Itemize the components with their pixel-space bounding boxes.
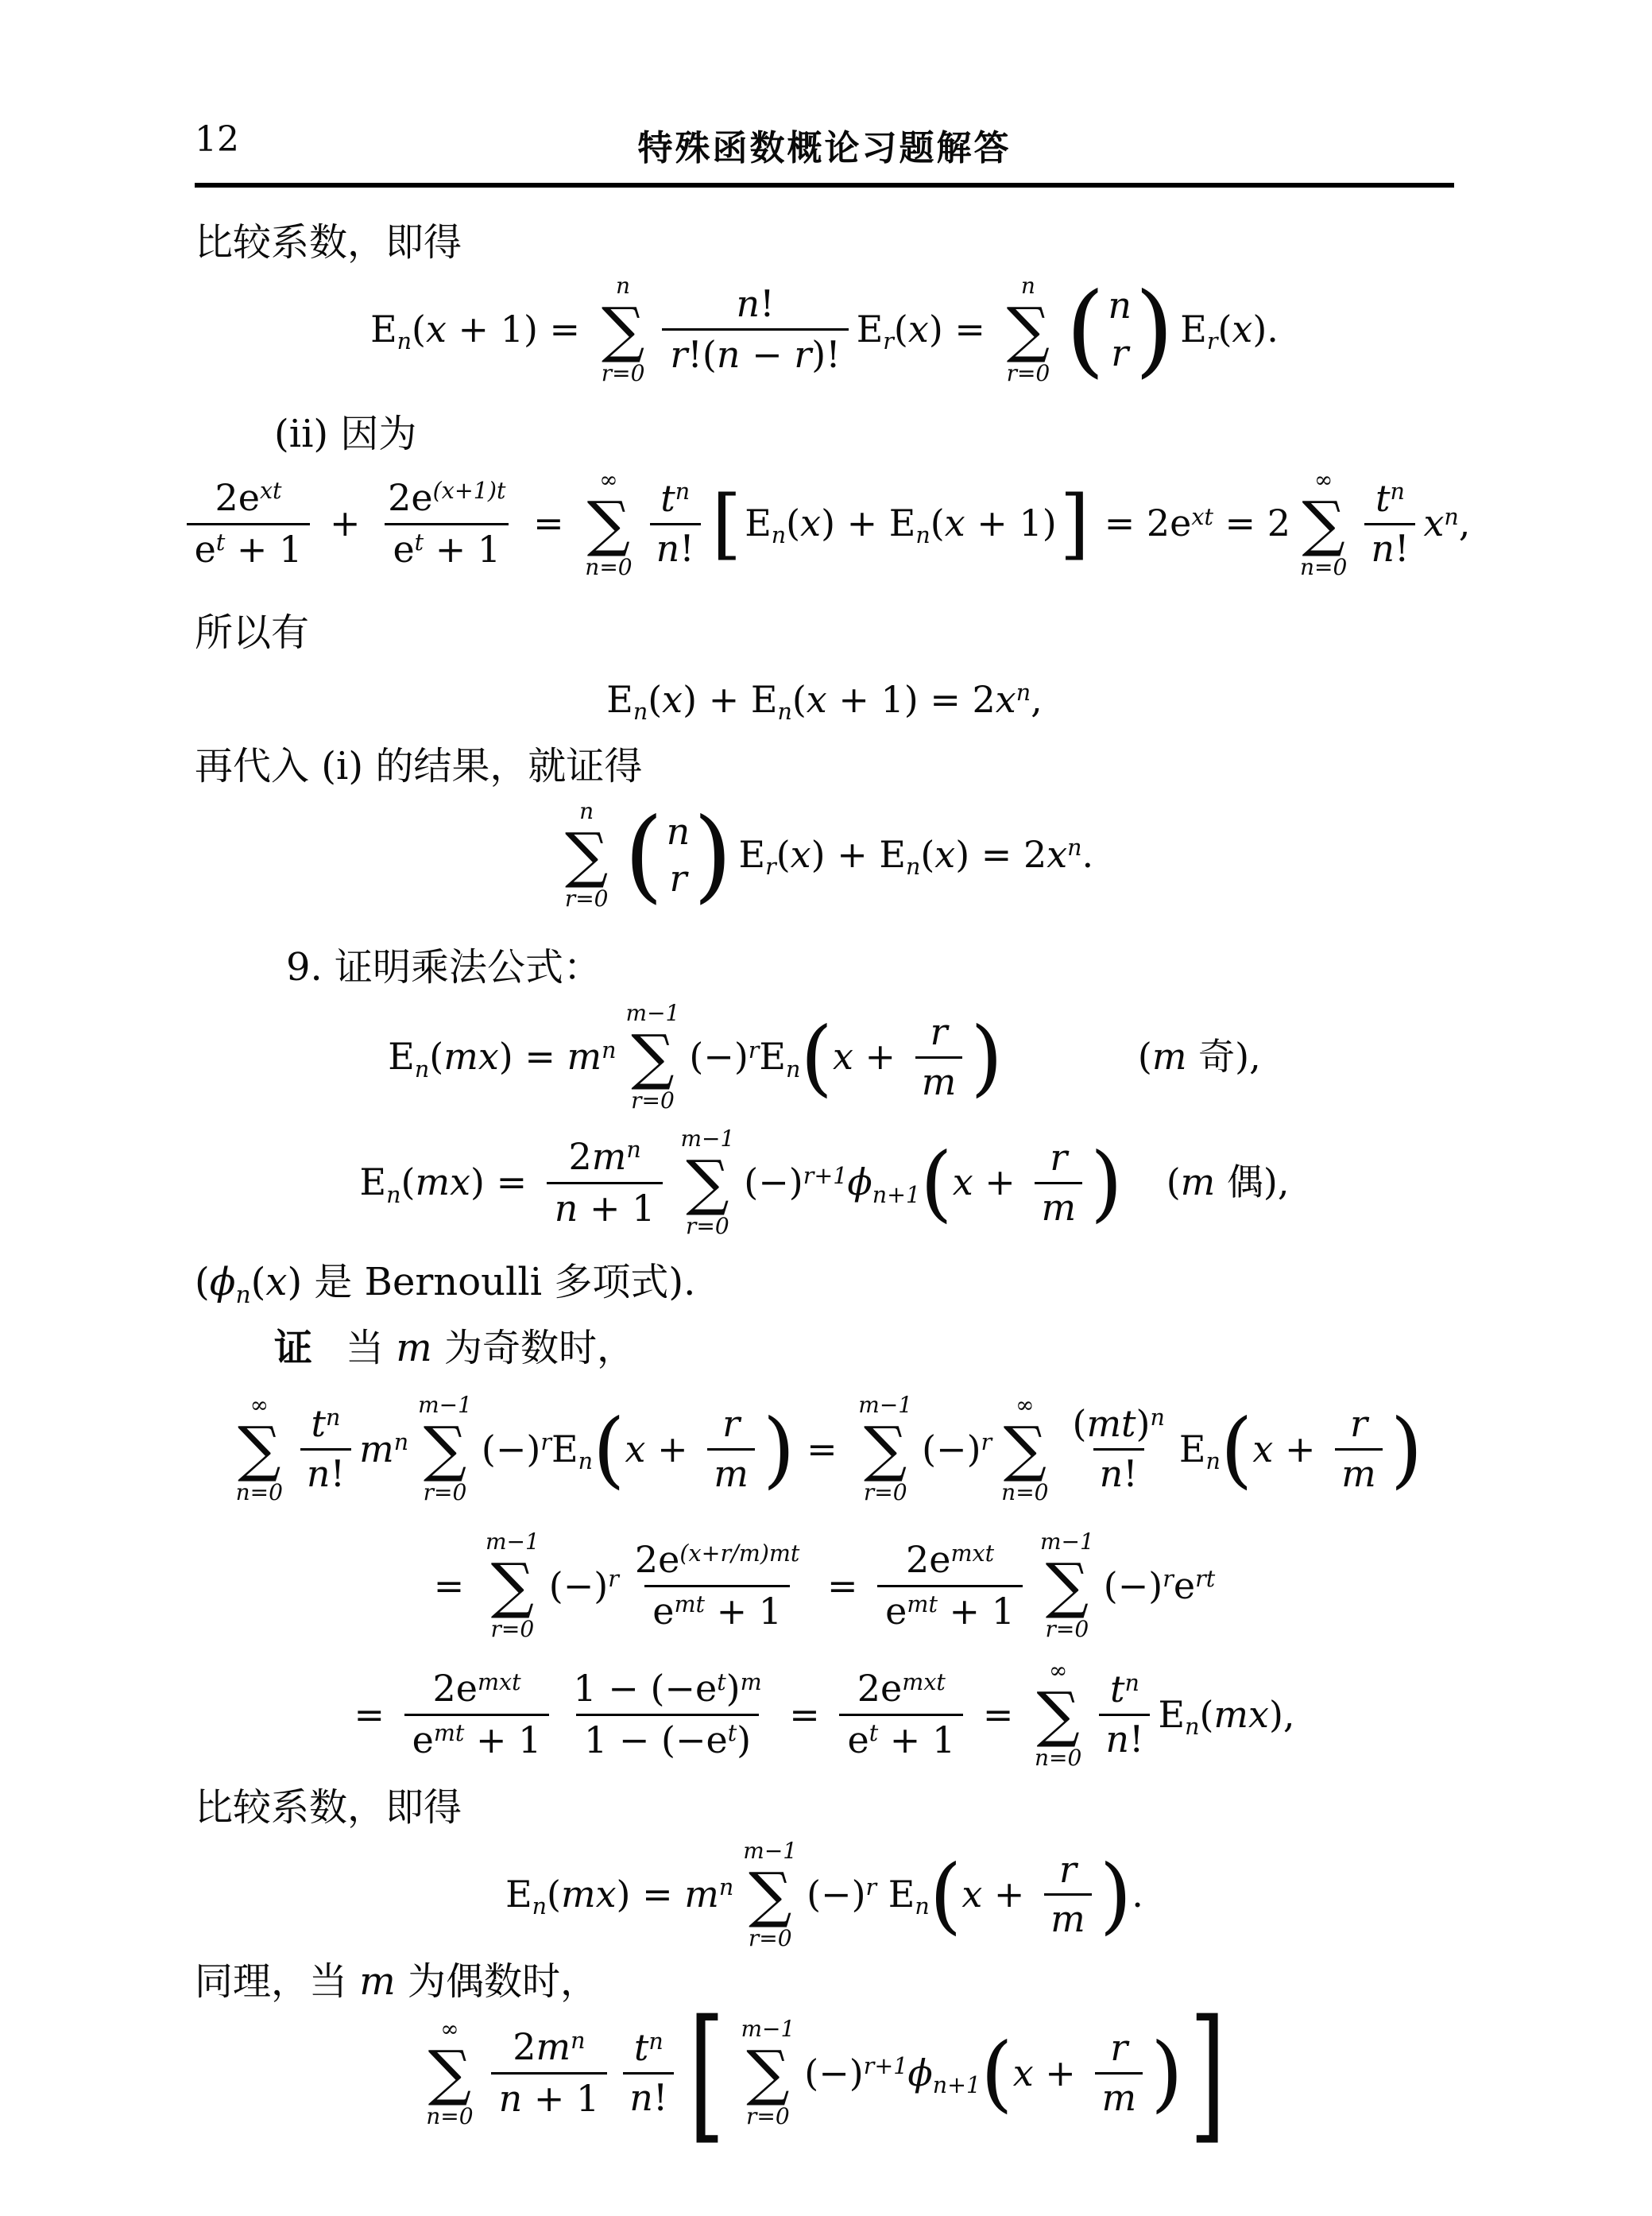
fraction: tnn! [1364, 475, 1415, 572]
math-token: mn [359, 1427, 408, 1473]
big-left-paren: ( [981, 2032, 1013, 2114]
fraction: 2emxtemt + 1 [404, 1664, 550, 1765]
summation: ∞∑n=0 [236, 1392, 283, 1506]
numerator: 1 − (−et)m [565, 1664, 769, 1714]
fraction: (mt)nn! [1066, 1400, 1170, 1497]
fraction: rm [707, 1400, 755, 1497]
big-left-paren: ( [930, 1854, 962, 1936]
math-token: . [1132, 1872, 1143, 1918]
case-label-odd: (m 奇), [1138, 1034, 1261, 1080]
numerator: tn [1369, 475, 1411, 523]
sum-lower-limit: n=0 [1001, 1479, 1048, 1506]
math-token: = [971, 1692, 1025, 1738]
binomial-stack: nr [664, 808, 694, 902]
math-token: x + [1252, 1427, 1327, 1473]
big-right-bracket: ] [1060, 486, 1089, 562]
math-token: ( [195, 1260, 210, 1304]
math-token: = [434, 1563, 476, 1610]
math-token: (−)rEn [482, 1427, 593, 1473]
fraction: tnn! [650, 475, 701, 572]
denominator: et + 1 [839, 1714, 963, 1765]
sum-lower-limit: r=0 [749, 1925, 792, 1952]
fraction: rm [1095, 2024, 1143, 2121]
numerator: r [1043, 1134, 1074, 1182]
case-label-even: (m 偶), [1166, 1160, 1290, 1206]
denominator: n! [300, 1448, 351, 1498]
denominator: m [707, 1448, 755, 1498]
numerator: 2e(x+r/m)mt [627, 1536, 808, 1585]
math-token: = [795, 1427, 849, 1473]
summation-sign: ∑ [1046, 1555, 1089, 1616]
text-because: (ii) 因为 [195, 411, 1454, 458]
fraction: 1 − (−et)m1 − (−et) [565, 1664, 769, 1765]
math-token: xn, [1423, 501, 1470, 547]
denominator: m [1044, 1893, 1092, 1943]
big-right-paren: ) [970, 1016, 1003, 1098]
text-token: 为奇数时， [432, 1326, 635, 1370]
sum-lower-limit: r=0 [746, 2103, 790, 2130]
summation-sign: ∑ [587, 494, 630, 554]
summation: n∑r=0 [565, 798, 609, 912]
summation: n∑r=0 [602, 273, 645, 387]
math-token: x + [625, 1427, 700, 1473]
math-token: ) 是 Bernoulli 多项式). [287, 1260, 695, 1304]
binomial-coefficient: (nr) [625, 805, 733, 905]
problem-9-heading: 9. 证明乘法公式： [195, 944, 1454, 991]
numerator: 2emxt [849, 1664, 954, 1714]
fraction: tnn! [1099, 1666, 1150, 1763]
sum-lower-limit: n=0 [585, 554, 632, 581]
denominator: et + 1 [187, 523, 311, 575]
denominator: r!(n − r)! [662, 328, 848, 380]
numerator: r [1104, 2024, 1134, 2072]
math-token: m [396, 1326, 432, 1370]
denominator: m [1035, 1182, 1082, 1232]
sum-lower-limit: n=0 [1300, 554, 1347, 581]
math-token: (−)r [922, 1427, 992, 1473]
denominator: et + 1 [385, 523, 509, 575]
summation: m−1∑r=0 [741, 2016, 795, 2130]
denominator: m [1335, 1448, 1383, 1498]
numerator: (mt)n [1066, 1400, 1170, 1448]
big-right-bracket: ] [1190, 2001, 1226, 2146]
header-rule [195, 183, 1454, 188]
summation: n∑r=0 [1007, 273, 1050, 387]
denominator: emt + 1 [404, 1714, 550, 1765]
summation-sign: ∑ [491, 1555, 534, 1616]
math-token: = 2ext = 2 [1093, 501, 1290, 547]
numerator: 2emxt [424, 1664, 528, 1714]
summation: ∞∑n=0 [1035, 1657, 1081, 1772]
big-right-paren: ) [1391, 1408, 1423, 1490]
summation-sign: ∑ [238, 1419, 280, 1479]
equation-generating-functions: 2extet + 1 + 2e(x+1)tet + 1 = ∞∑n=0 tnn!… [195, 467, 1454, 581]
text-therefore: 所以有 [195, 610, 1454, 657]
fraction: rm [1035, 1134, 1082, 1231]
big-left-paren: ( [625, 805, 664, 905]
equation-multiplication-even: En(mx) = 2mnn + 1 m−1∑r=0 (−)r+1ϕn+1 ( x… [195, 1125, 1454, 1240]
math-token: x + [833, 1034, 907, 1080]
denominator: n + 1 [547, 1182, 664, 1234]
math-token: (−)rert [1104, 1563, 1215, 1610]
denominator: m [1095, 2072, 1143, 2122]
math-token: En(mx) = mn [388, 1034, 616, 1080]
sum-lower-limit: r=0 [565, 885, 609, 912]
sum-lower-limit: r=0 [1046, 1616, 1089, 1643]
math-token: x + [961, 1872, 1036, 1918]
summation-sign: ∑ [424, 1419, 466, 1479]
text-bernoulli-note: (ϕn(x) 是 Bernoulli 多项式). [195, 1259, 1454, 1306]
equation-multiplication-odd: En(mx) = mn m−1∑r=0 (−)rEn ( x + rm ) (m… [195, 1000, 1454, 1114]
denominator: n! [623, 2072, 674, 2122]
math-token: x + [1013, 2051, 1088, 2097]
sum-lower-limit: r=0 [602, 360, 645, 387]
big-right-paren: ) [1151, 2032, 1183, 2114]
big-left-bracket: [ [712, 486, 741, 562]
proof-label: 证 [274, 1326, 312, 1370]
fraction: 2mnn + 1 [491, 2023, 608, 2123]
math-token: En(mx) = [360, 1160, 539, 1206]
numerator: r [716, 1400, 746, 1448]
fraction: rm [915, 1009, 963, 1106]
fraction: 2emxtet + 1 [839, 1664, 963, 1765]
sum-lower-limit: r=0 [864, 1479, 907, 1506]
text-token: 同理，当 [195, 1959, 359, 2004]
math-token: En(mx) = mn [505, 1872, 733, 1918]
summation-sign: ∑ [1004, 1419, 1047, 1479]
text-compare-coefficients: 比较系数，即得 [195, 219, 1454, 266]
equation-proof-line-2: = m−1∑r=0 (−)r 2e(x+r/m)mtemt + 1 = 2emx… [195, 1528, 1454, 1643]
fraction: rm [1044, 1846, 1092, 1943]
numerator: r [1344, 1400, 1374, 1448]
numerator: tn [1104, 1666, 1146, 1714]
fraction: n!r!(n − r)! [662, 280, 848, 380]
numerator: tn [628, 2024, 670, 2072]
sum-lower-limit: r=0 [1007, 360, 1050, 387]
binomial-coefficient: (nr) [1066, 280, 1174, 380]
summation: ∞∑n=0 [585, 467, 632, 581]
sum-lower-limit: r=0 [491, 1616, 535, 1643]
numerator: 2ext [207, 474, 289, 523]
math-token: = [815, 1563, 869, 1610]
book-page: 12 特殊函数概论习题解答 比较系数，即得 En(x + 1) = n∑r=0 … [0, 0, 1652, 2216]
numerator: tn [305, 1400, 347, 1448]
text-token: 为偶数时， [396, 1959, 598, 2004]
big-right-paren: ) [763, 1408, 795, 1490]
denominator: n + 1 [491, 2072, 608, 2124]
big-left-paren: ( [1221, 1408, 1253, 1490]
text-even-case: 同理，当 m 为偶数时， [195, 1958, 1454, 2005]
summation-sign: ∑ [1037, 1684, 1080, 1745]
equation-recurrence: En(x) + En(x + 1) = 2xn, [195, 677, 1454, 723]
denominator: emt + 1 [644, 1585, 790, 1637]
fraction: 2e(x+r/m)mtemt + 1 [627, 1536, 808, 1636]
summation-sign: ∑ [749, 1865, 791, 1925]
fraction: 2extet + 1 [187, 474, 311, 574]
summation: m−1∑r=0 [680, 1125, 734, 1240]
math-token: (−)r+1ϕn+1 [804, 2051, 981, 2097]
math-token: Er(x) = [857, 307, 997, 353]
summation: m−1∑r=0 [626, 1000, 680, 1114]
big-left-paren: ( [1066, 280, 1105, 380]
math-token: En [1179, 1427, 1221, 1473]
page-header: 12 特殊函数概论习题解答 [195, 119, 1454, 165]
summation: m−1∑r=0 [418, 1392, 472, 1506]
denominator: n! [1099, 1714, 1150, 1764]
fraction: 2e(x+1)tet + 1 [380, 474, 513, 574]
math-token: x + [953, 1160, 1027, 1206]
math-token: = [354, 1692, 396, 1738]
math-token: x [265, 1260, 287, 1304]
summation: ∞∑n=0 [1001, 1392, 1048, 1506]
summation-sign: ∑ [686, 1153, 729, 1213]
summation-sign: ∑ [1302, 494, 1345, 554]
summation: ∞∑n=0 [1300, 467, 1347, 581]
equation-proof-conclusion: En(mx) = mn m−1∑r=0 (−)r En ( x + rm ) . [195, 1838, 1454, 1952]
math-token: = [778, 1692, 832, 1738]
fraction: 2mnn + 1 [547, 1133, 664, 1233]
denominator: m [915, 1056, 963, 1106]
numerator: n! [728, 280, 782, 329]
math-token: En(x) + En(x + 1) = 2xn, [606, 677, 1042, 723]
sum-lower-limit: n=0 [236, 1479, 283, 1506]
text-substitute-result: 再代入 (i) 的结果，就证得 [195, 743, 1454, 790]
math-token: + [318, 501, 372, 547]
summation-sign: ∑ [746, 2043, 789, 2103]
numerator: 2emxt [898, 1536, 1002, 1585]
math-token: r [1111, 330, 1128, 377]
numerator: r [1053, 1846, 1083, 1894]
proof-heading: 证当 m 为奇数时， [195, 1325, 1454, 1372]
summation: m−1∑r=0 [743, 1838, 797, 1952]
summation: m−1∑r=0 [486, 1528, 540, 1643]
math-token: = [521, 501, 575, 547]
math-token: En(x) + En(x + 1) [745, 501, 1056, 547]
denominator: n! [1093, 1448, 1144, 1498]
summation-sign: ∑ [631, 1027, 674, 1087]
binomial-stack: nr [1105, 282, 1135, 376]
numerator: tn [654, 475, 696, 523]
fraction: tnn! [300, 1400, 351, 1497]
summation-sign: ∑ [1007, 300, 1050, 360]
numerator: 2mn [560, 1133, 648, 1182]
denominator: n! [1364, 523, 1415, 573]
math-token: ( [251, 1260, 266, 1304]
big-left-bracket: [ [688, 2001, 725, 2146]
summation: m−1∑r=0 [1040, 1528, 1094, 1643]
page-title: 特殊函数概论习题解答 [195, 119, 1454, 170]
numerator: r [924, 1009, 954, 1056]
numerator: 2mn [505, 2023, 593, 2072]
big-left-paren: ( [920, 1141, 953, 1224]
fraction: tnn! [623, 2024, 674, 2121]
summation-sign: ∑ [864, 1419, 907, 1479]
big-right-paren: ) [693, 805, 732, 905]
summation: m−1∑r=0 [858, 1392, 912, 1506]
equation-result-problem8: n∑r=0 (nr) Er(x) + En(x) = 2xn. [195, 798, 1454, 912]
math-token: En(mx), [1158, 1692, 1294, 1738]
text-compare-coefficients-2: 比较系数，即得 [195, 1784, 1454, 1831]
summation-sign: ∑ [565, 825, 608, 885]
summation-sign: ∑ [602, 300, 644, 360]
sum-lower-limit: n=0 [426, 2103, 473, 2130]
big-left-paren: ( [593, 1408, 625, 1490]
fraction: rm [1335, 1400, 1383, 1497]
equation-proof-line-1: ∞∑n=0 tnn! mn m−1∑r=0 (−)rEn ( x + rm ) … [195, 1392, 1454, 1506]
math-token: m [359, 1959, 396, 2004]
denominator: 1 − (−et) [576, 1714, 759, 1765]
math-token: (−)r [549, 1563, 619, 1610]
numerator: 2e(x+1)t [380, 474, 513, 523]
big-right-paren: ) [1090, 1141, 1123, 1224]
math-token: (−)r En [807, 1872, 930, 1918]
math-token: ϕ [210, 1260, 236, 1304]
big-right-paren: ) [1135, 280, 1174, 380]
math-token: Er(x) + En(x) = 2xn. [738, 832, 1093, 878]
summation: ∞∑n=0 [426, 2016, 473, 2130]
math-token: (−)rEn [689, 1034, 800, 1080]
math-token: (−)r+1ϕn+1 [744, 1160, 920, 1206]
math-token: n [667, 808, 691, 855]
sum-lower-limit: r=0 [631, 1087, 675, 1114]
math-token: n [1108, 282, 1132, 329]
sum-lower-limit: r=0 [424, 1479, 467, 1506]
equation-proof-line-3: = 2emxtemt + 1 1 − (−et)m1 − (−et) = 2em… [195, 1657, 1454, 1772]
denominator: emt + 1 [877, 1585, 1023, 1637]
big-left-paren: ( [800, 1016, 833, 1098]
math-token: r [669, 855, 687, 902]
math-token: n [235, 1281, 250, 1309]
sum-lower-limit: n=0 [1035, 1745, 1081, 1772]
fraction: 2emxtemt + 1 [877, 1536, 1023, 1636]
equation-even-expansion: ∞∑n=0 2mnn + 1 tnn! [ m−1∑r=0 (−)r+1ϕn+1… [195, 2016, 1454, 2130]
big-right-paren: ) [1100, 1854, 1132, 1936]
math-token: Er(x). [1180, 307, 1279, 353]
text-token: 当 [346, 1326, 396, 1370]
sum-lower-limit: r=0 [686, 1213, 729, 1240]
denominator: n! [650, 523, 701, 573]
summation-sign: ∑ [428, 2043, 471, 2103]
equation-binomial-expansion: En(x + 1) = n∑r=0 n!r!(n − r)! Er(x) = n… [195, 273, 1454, 387]
math-token: En(x + 1) = [370, 307, 592, 353]
